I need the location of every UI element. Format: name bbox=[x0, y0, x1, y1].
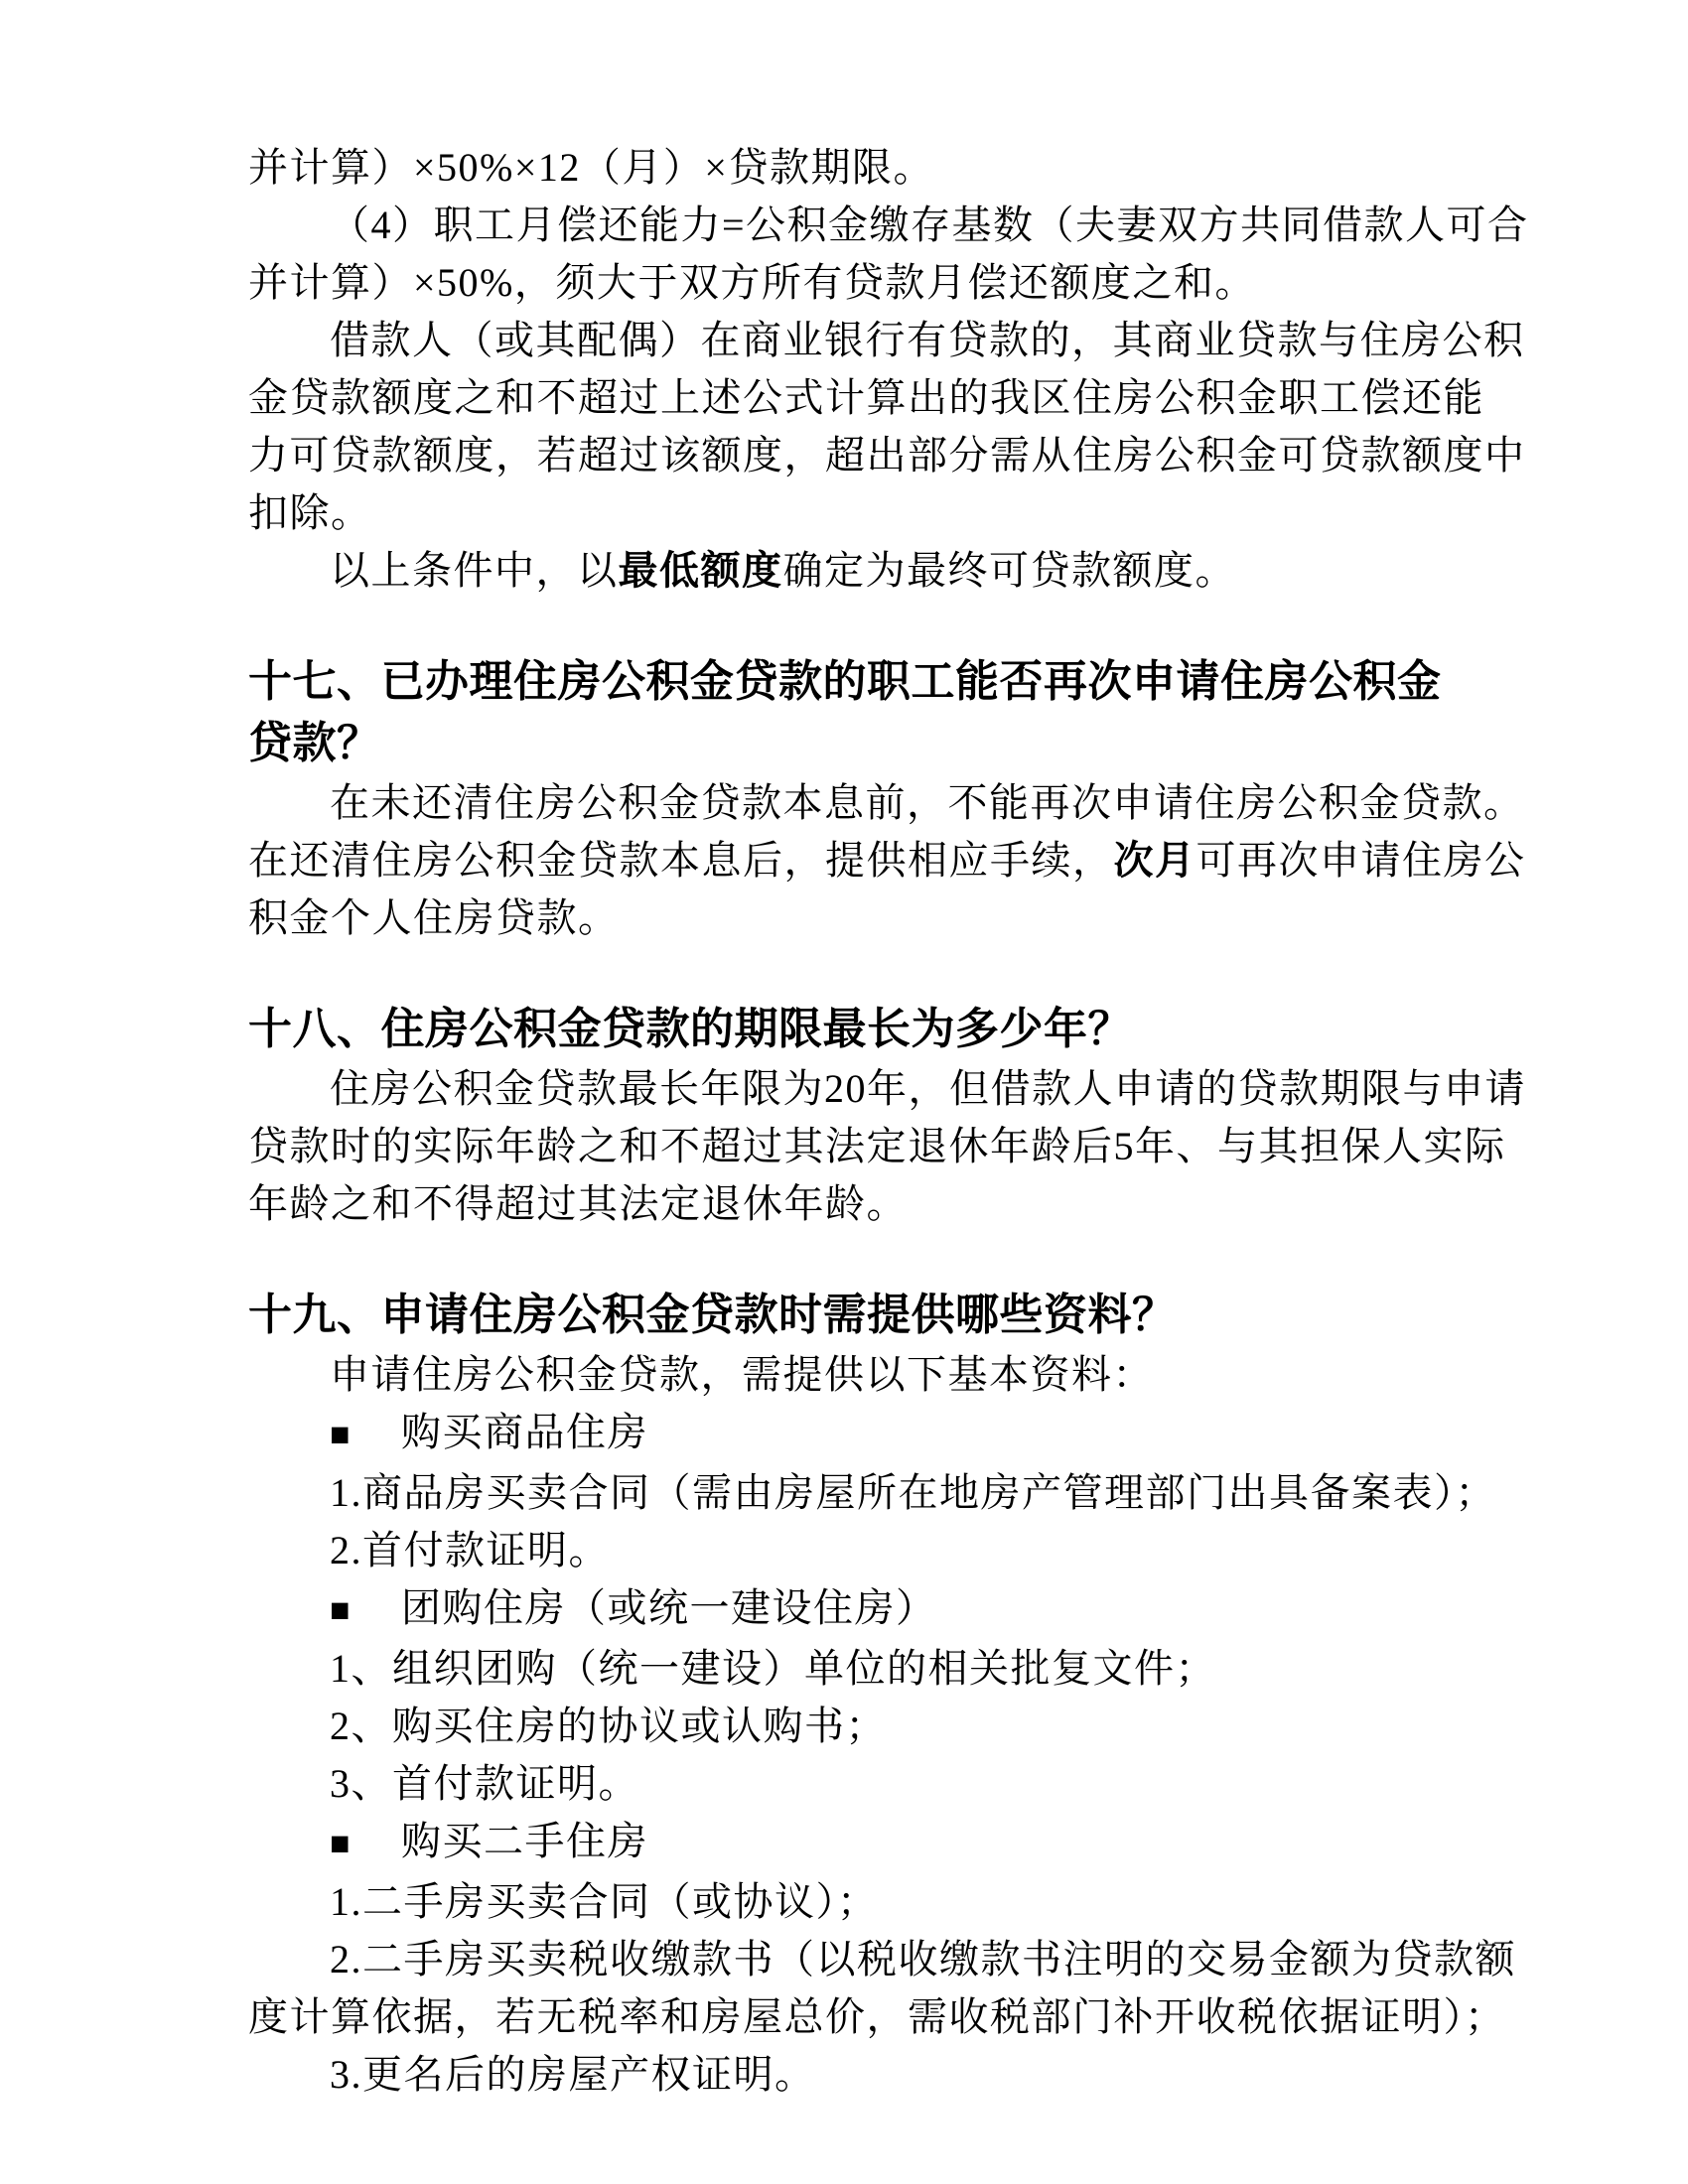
text-run: 购买二手住房 bbox=[401, 1819, 648, 1863]
section-heading: 十七、已办理住房公积金贷款的职工能否再次申请住房公积金 bbox=[248, 651, 1470, 713]
document-body: 并计算）×50%×12（月）×贷款期限。（4）职工月偿还能力=公积金缴存基数（夫… bbox=[248, 139, 1470, 2104]
doc-line: 扣除。 bbox=[248, 484, 1470, 542]
text-run: 十九、申请住房公积金贷款时需提供哪些资料？ bbox=[248, 1291, 1177, 1339]
doc-line: 3.更名后的房屋产权证明。 bbox=[248, 2046, 1470, 2104]
text-run: 确定为最终可贷款额度。 bbox=[783, 548, 1237, 593]
doc-line: 力可贷款额度，若超过该额度，超出部分需从住房公积金可贷款额度中 bbox=[248, 427, 1470, 484]
doc-line: 住房公积金贷款最长年限为20年，但借款人申请的贷款期限与申请 bbox=[248, 1060, 1470, 1118]
text-run: 1.二手房买卖合同（或协议）； bbox=[330, 1879, 879, 1924]
text-run: 在未还清住房公积金贷款本息前，不能再次申请住房公积金贷款。 bbox=[330, 780, 1525, 825]
doc-line: 2.二手房买卖税收缴款书（以税收缴款书注明的交易金额为贷款额 bbox=[248, 1931, 1470, 1988]
text-run: 可再次申请住房公 bbox=[1196, 838, 1526, 883]
square-bullet-icon: ■ bbox=[330, 1582, 401, 1640]
text-run: 1.商品房买卖合同（需由房屋所在地房产管理部门出具备案表）； bbox=[330, 1470, 1496, 1515]
text-run: 申请住房公积金贷款，需提供以下基本资料： bbox=[330, 1352, 1154, 1397]
square-bullet-icon: ■ bbox=[330, 1407, 401, 1464]
doc-line: 申请住房公积金贷款，需提供以下基本资料： bbox=[248, 1346, 1470, 1404]
doc-line: 以上条件中，以最低额度确定为最终可贷款额度。 bbox=[248, 542, 1470, 600]
text-run: 购买商品住房 bbox=[401, 1410, 648, 1454]
text-run: 贷款时的实际年龄之和不超过其法定退休年龄后5年、与其担保人实际 bbox=[248, 1124, 1506, 1168]
doc-line: 金贷款额度之和不超过上述公式计算出的我区住房公积金职工偿还能 bbox=[248, 369, 1470, 427]
doc-line: 3、首付款证明。 bbox=[248, 1755, 1470, 1813]
doc-line: 年龄之和不得超过其法定退休年龄。 bbox=[248, 1175, 1470, 1233]
doc-line: ■团购住房（或统一建设住房） bbox=[248, 1579, 1470, 1640]
text-run: 1、组织团购（统一建设）单位的相关批复文件； bbox=[330, 1646, 1216, 1691]
doc-line: ■购买商品住房 bbox=[248, 1404, 1470, 1464]
doc-line: 积金个人住房贷款。 bbox=[248, 889, 1470, 947]
text-run: 度计算依据，若无税率和房屋总价，需收税部门补开收税依据证明）； bbox=[248, 1994, 1506, 2039]
section-heading: 十九、申请住房公积金贷款时需提供哪些资料？ bbox=[248, 1285, 1470, 1346]
text-run: 在还清住房公积金贷款本息后，提供相应手续， bbox=[248, 838, 1114, 883]
doc-line: 在还清住房公积金贷款本息后，提供相应手续，次月可再次申请住房公 bbox=[248, 832, 1470, 889]
text-run: 十七、已办理住房公积金贷款的职工能否再次申请住房公积金 bbox=[248, 657, 1442, 706]
text-run: 2.首付款证明。 bbox=[330, 1528, 610, 1572]
text-run: 2、购买住房的协议或认购书； bbox=[330, 1704, 887, 1748]
text-run: 住房公积金贷款最长年限为20年，但借款人申请的贷款期限与申请 bbox=[330, 1066, 1526, 1111]
doc-line: 在未还清住房公积金贷款本息前，不能再次申请住房公积金贷款。 bbox=[248, 774, 1470, 832]
square-bullet-icon: ■ bbox=[330, 1816, 401, 1873]
emphasis-text: 次月 bbox=[1114, 838, 1196, 883]
doc-line: 2、购买住房的协议或认购书； bbox=[248, 1698, 1470, 1755]
section-heading: 十八、住房公积金贷款的期限最长为多少年？ bbox=[248, 999, 1470, 1060]
text-run: 2.二手房买卖税收缴款书（以税收缴款书注明的交易金额为贷款额 bbox=[330, 1937, 1516, 1981]
text-run: 贷款？ bbox=[248, 719, 381, 767]
text-run: 积金个人住房贷款。 bbox=[248, 895, 620, 940]
doc-line: 度计算依据，若无税率和房屋总价，需收税部门补开收税依据证明）； bbox=[248, 1988, 1470, 2046]
doc-line: 并计算）×50%×12（月）×贷款期限。 bbox=[248, 139, 1470, 197]
section-heading: 贷款？ bbox=[248, 713, 1470, 774]
text-run: 年龄之和不得超过其法定退休年龄。 bbox=[248, 1181, 908, 1226]
doc-line: 2.首付款证明。 bbox=[248, 1522, 1470, 1579]
text-run: （4）职工月偿还能力=公积金缴存基数（夫妻双方共同借款人可合 bbox=[330, 203, 1529, 247]
text-run: 3、首付款证明。 bbox=[330, 1761, 639, 1806]
text-run: 十八、住房公积金贷款的期限最长为多少年？ bbox=[248, 1005, 1132, 1053]
text-run: 金贷款额度之和不超过上述公式计算出的我区住房公积金职工偿还能 bbox=[248, 375, 1484, 420]
document-page: 并计算）×50%×12（月）×贷款期限。（4）职工月偿还能力=公积金缴存基数（夫… bbox=[0, 0, 1688, 2184]
doc-line: 借款人（或其配偶）在商业银行有贷款的，其商业贷款与住房公积 bbox=[248, 312, 1470, 369]
text-run: 团购住房（或统一建设住房） bbox=[401, 1585, 937, 1630]
text-run: 扣除。 bbox=[248, 490, 372, 535]
doc-line: 1.商品房买卖合同（需由房屋所在地房产管理部门出具备案表）； bbox=[248, 1464, 1470, 1522]
text-run: 3.更名后的房屋产权证明。 bbox=[330, 2052, 816, 2097]
doc-line: 并计算）×50%，须大于双方所有贷款月偿还额度之和。 bbox=[248, 254, 1470, 312]
text-run: 并计算）×50%×12（月）×贷款期限。 bbox=[248, 145, 934, 190]
doc-line: ■购买二手住房 bbox=[248, 1813, 1470, 1873]
doc-line: 1.二手房买卖合同（或协议）； bbox=[248, 1873, 1470, 1931]
text-run: 并计算）×50%，须大于双方所有贷款月偿还额度之和。 bbox=[248, 260, 1256, 305]
doc-line: 1、组织团购（统一建设）单位的相关批复文件； bbox=[248, 1640, 1470, 1698]
text-run: 以上条件中，以 bbox=[330, 548, 619, 593]
text-run: 借款人（或其配偶）在商业银行有贷款的，其商业贷款与住房公积 bbox=[330, 318, 1525, 362]
emphasis-text: 最低额度 bbox=[619, 548, 783, 593]
doc-line: （4）职工月偿还能力=公积金缴存基数（夫妻双方共同借款人可合 bbox=[248, 197, 1470, 254]
doc-line: 贷款时的实际年龄之和不超过其法定退休年龄后5年、与其担保人实际 bbox=[248, 1118, 1470, 1175]
text-run: 力可贷款额度，若超过该额度，超出部分需从住房公积金可贷款额度中 bbox=[248, 433, 1526, 478]
